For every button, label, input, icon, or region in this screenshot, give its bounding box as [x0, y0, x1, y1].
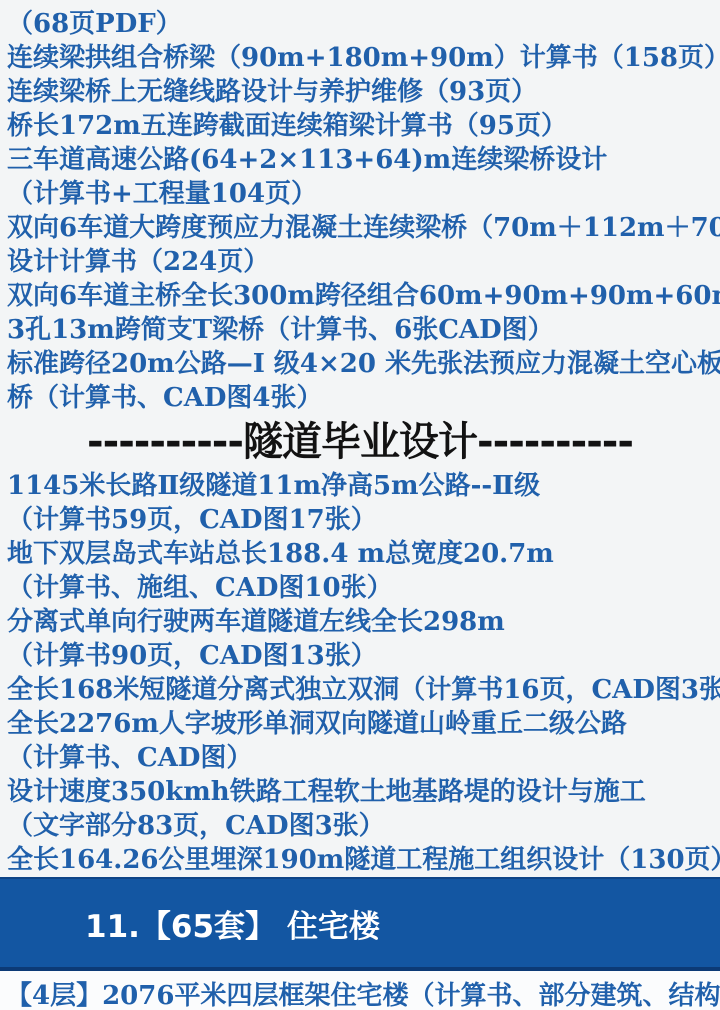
catalog-line: 全长2276m人字坡形单洞双向隧道山岭重丘二级公路 — [0, 707, 720, 741]
catalog-line: 分离式单向行驶两车道隧道左线全长298m — [0, 605, 720, 639]
catalog-line: 地下双层岛式车站总长188.4 m总宽度20.7m — [0, 537, 720, 571]
catalog-line: 全长168米短隧道分离式独立双洞（计算书16页，CAD图3张） — [0, 673, 720, 707]
catalog-line: 【4层】2076平米四层框架住宅楼（计算书、部分建筑、结构图） — [6, 975, 720, 1010]
catalog-line: 桥长172m五连跨截面连续箱梁计算书（95页） — [0, 109, 720, 143]
residential-section-banner-label: 11.【65套】 住宅楼 — [85, 901, 380, 946]
tunnel-section-title: ----------隧道毕业设计---------- — [0, 415, 720, 469]
footer-strip: 【4层】2076平米四层框架住宅楼（计算书、部分建筑、结构图） — [0, 971, 720, 1010]
catalog-line: （68页PDF） — [0, 7, 720, 41]
catalog-line: 1145米长路Ⅱ级隧道11m净高5m公路--Ⅱ级 — [0, 469, 720, 503]
catalog-line: 设计计算书（224页） — [0, 245, 720, 279]
catalog-line: 桥（计算书、CAD图4张） — [0, 381, 720, 415]
catalog-line: （计算书、CAD图） — [0, 741, 720, 775]
catalog-line: 三车道高速公路(64+2×113+64)m连续梁桥设计 — [0, 143, 720, 177]
catalog-line: 双向6车道主桥全长300m跨径组合60m+90m+90m+60m计算书 — [0, 279, 720, 313]
tunnel-design-list: 1145米长路Ⅱ级隧道11m净高5m公路--Ⅱ级 （计算书59页，CAD图17张… — [0, 469, 720, 877]
catalog-line: 设计速度350kmh铁路工程软土地基路堤的设计与施工 — [0, 775, 720, 809]
catalog-line: （计算书59页，CAD图17张） — [0, 503, 720, 537]
catalog-line: 标准跨径20m公路—I 级4×20 米先张法预应力混凝土空心板简支 — [0, 347, 720, 381]
bridge-design-list: （68页PDF） 连续梁拱组合桥梁（90m+180m+90m）计算书（158页）… — [0, 0, 720, 415]
residential-section-banner: 11.【65套】 住宅楼 — [0, 877, 720, 971]
catalog-line: （文字部分83页，CAD图3张） — [0, 809, 720, 843]
catalog-line: 全长164.26公里埋深190m隧道工程施工组织设计（130页） — [0, 843, 720, 877]
catalog-line: 连续梁桥上无缝线路设计与养护维修（93页） — [0, 75, 720, 109]
catalog-line: 双向6车道大跨度预应力混凝土连续梁桥（70m＋112m＋70m）初步 — [0, 211, 720, 245]
catalog-line: （计算书90页，CAD图13张） — [0, 639, 720, 673]
catalog-page: （68页PDF） 连续梁拱组合桥梁（90m+180m+90m）计算书（158页）… — [0, 0, 720, 1010]
catalog-line: （计算书+工程量104页） — [0, 177, 720, 211]
catalog-line: 3孔13m跨简支T梁桥（计算书、6张CAD图） — [0, 313, 720, 347]
catalog-line: （计算书、施组、CAD图10张） — [0, 571, 720, 605]
catalog-line: 连续梁拱组合桥梁（90m+180m+90m）计算书（158页） — [0, 41, 720, 75]
